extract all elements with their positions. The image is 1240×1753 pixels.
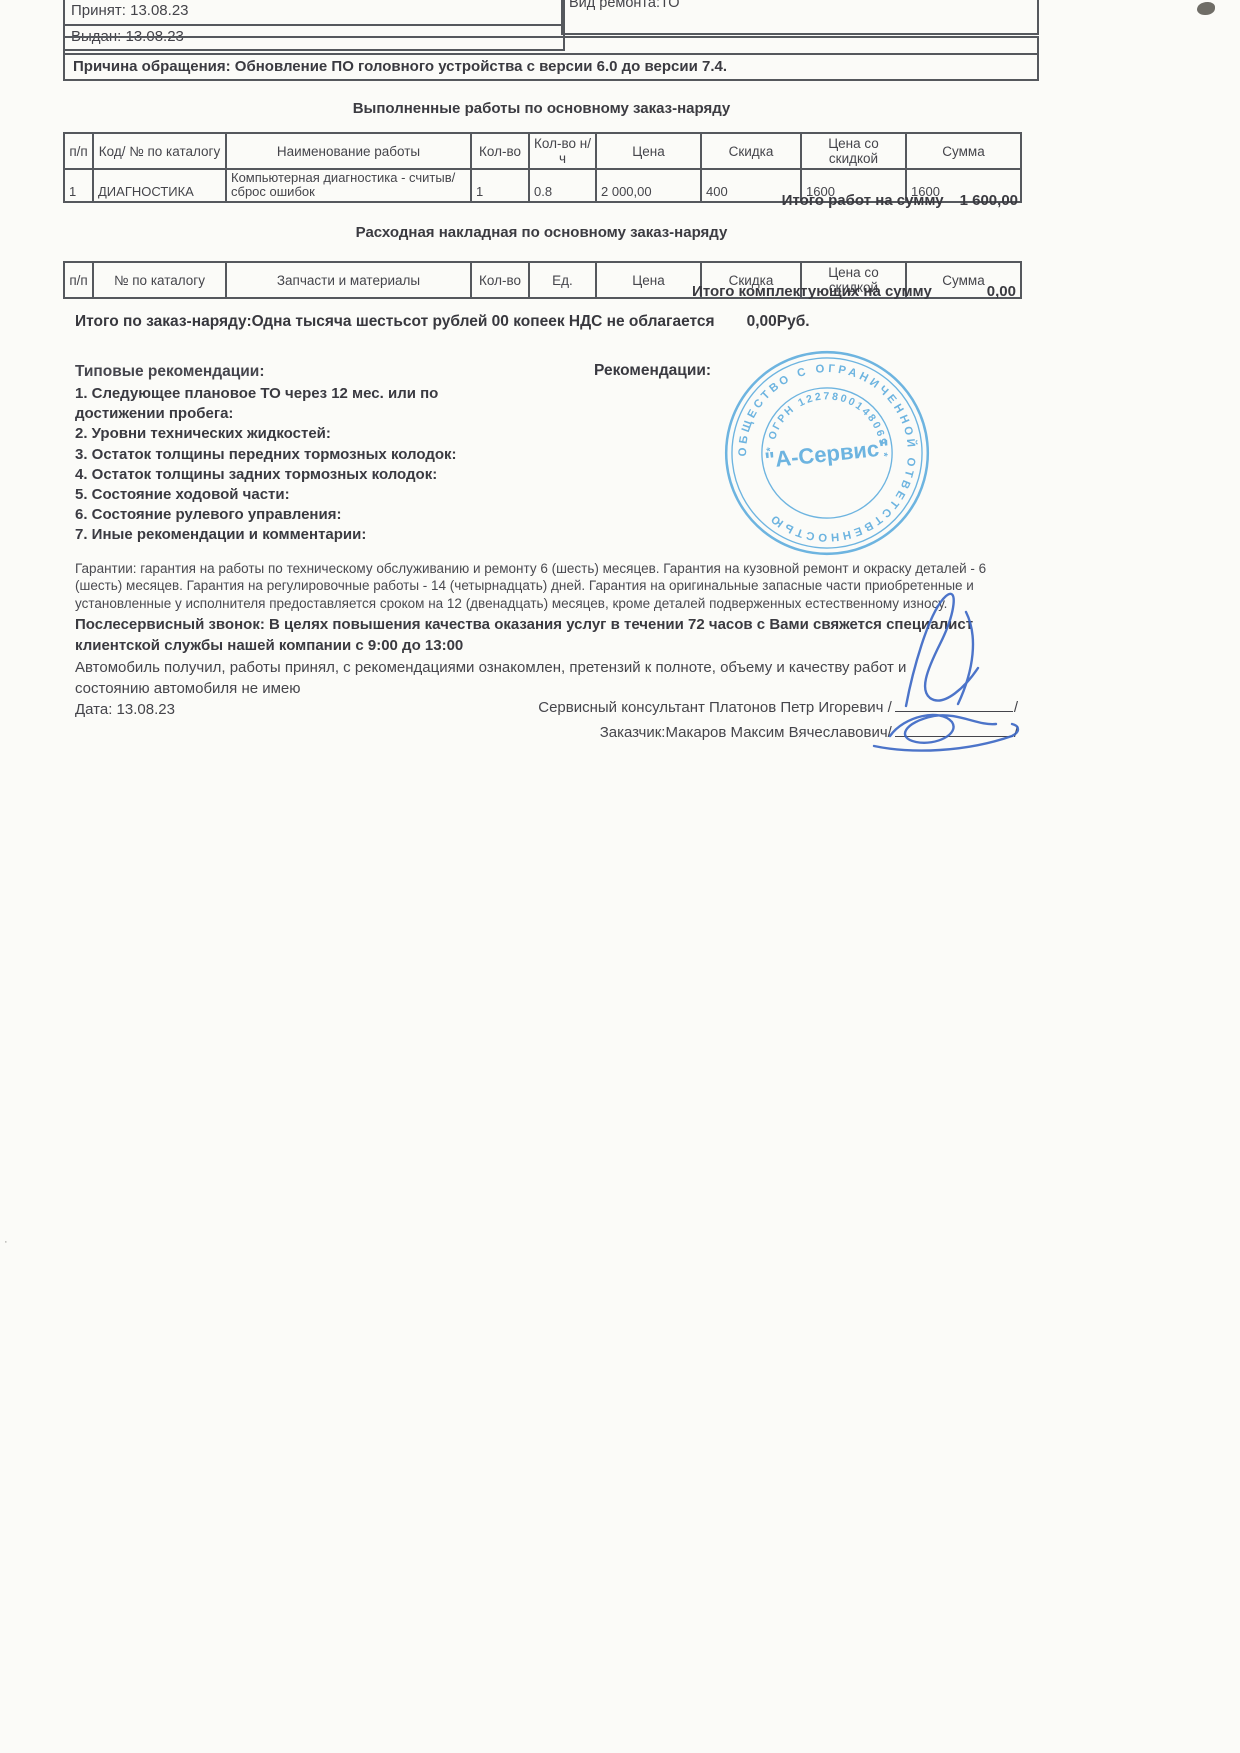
recommendation-item: 4. Остаток толщины задних тормозных коло… <box>75 465 507 485</box>
works-header-code: Код/ № по каталогу <box>93 133 226 169</box>
recommendations-title: Рекомендации: <box>594 362 711 380</box>
parts-total-label: Итого комплектующих на сумму <box>692 283 932 300</box>
repair-type-box: Вид ремонта:ТО <box>561 0 1039 35</box>
handwritten-signatures <box>848 578 1048 758</box>
works-header-qty: Кол-во <box>471 133 529 169</box>
works-header-hours: Кол-во н/ч <box>529 133 596 169</box>
works-header-name: Наименование работы <box>226 133 471 169</box>
recommendation-item: 6. Состояние рулевого управления: <box>75 505 507 525</box>
parts-header-num: п/п <box>64 262 93 298</box>
stamp-center-text: "А-Сервис" <box>764 435 891 473</box>
works-header-price: Цена <box>596 133 701 169</box>
received-date: Принят: 13.08.23 <box>65 0 563 26</box>
recommendation-item: 5. Состояние ходовой части: <box>75 485 507 505</box>
works-table-title: Выполненные работы по основному заказ-на… <box>63 100 1020 117</box>
works-cell-code: ДИАГНОСТИКА <box>93 169 226 202</box>
parts-total: Итого комплектующих на сумму0,00 <box>692 283 1016 300</box>
works-cell-num: 1 <box>64 169 93 202</box>
works-header-discount: Скидка <box>701 133 801 169</box>
parts-header-unit: Ед. <box>529 262 596 298</box>
recommendation-item: 3. Остаток толщины передних тормозных ко… <box>75 445 507 465</box>
works-cell-name: Компьютерная диагностика - считыв/сброс … <box>226 169 471 202</box>
works-header-discounted: Цена со скидкой <box>801 133 906 169</box>
works-total-label: Итого работ на сумму <box>782 192 944 209</box>
consultant-label: Сервисный консультант Платонов Петр Игор… <box>538 699 892 716</box>
parts-header-price: Цена <box>596 262 701 298</box>
recommendation-item: 2. Уровни технических жидкостей: <box>75 424 507 444</box>
order-total-value: 0,00Руб. <box>747 313 810 330</box>
works-cell-price: 2 000,00 <box>596 169 701 202</box>
parts-header-qty: Кол-во <box>471 262 529 298</box>
parts-header-catalog: № по каталогу <box>93 262 226 298</box>
date-line: Дата: 13.08.23 <box>75 701 175 718</box>
typical-recommendations: Типовые рекомендации: 1. Следующее плано… <box>75 362 507 546</box>
consultant-signature-stroke <box>906 594 978 706</box>
post-service-call-text: Послесервисный звонок: В целях повышения… <box>75 614 977 656</box>
scan-artifact-left-margin: · <box>4 1236 8 1248</box>
recommendation-item: 1. Следующее плановое ТО через 12 мес. и… <box>75 384 507 424</box>
reason-text: Причина обращения: Обновление ПО головно… <box>65 55 1037 78</box>
works-total: Итого работ на сумму1 600,00 <box>782 192 1018 209</box>
acceptance-text: Автомобиль получил, работы принял, с рек… <box>75 657 983 699</box>
works-header-row: п/п Код/ № по каталогу Наименование рабо… <box>64 133 1021 169</box>
order-total-line: Итого по заказ-наряду:Одна тысяча шестьс… <box>75 313 810 331</box>
parts-total-value: 0,00 <box>987 283 1016 300</box>
customer-signature-stroke <box>890 715 996 743</box>
parts-table-title: Расходная накладная по основному заказ-н… <box>63 224 1020 241</box>
repair-type-value: Вид ремонта:ТО <box>563 0 1037 14</box>
works-header-num: п/п <box>64 133 93 169</box>
order-total-label: Итого по заказ-наряду:Одна тысяча шестьс… <box>75 313 715 330</box>
works-total-value: 1 600,00 <box>960 192 1018 209</box>
typical-recommendations-title: Типовые рекомендации: <box>75 362 507 382</box>
company-stamp: ОБЩЕСТВО С ОГРАНИЧЕННОЙ ОТВЕТСТВЕННОСТЬЮ… <box>722 348 932 558</box>
scan-artifact-top-right <box>1197 2 1215 15</box>
works-header-sum: Сумма <box>906 133 1021 169</box>
document-page: Принят: 13.08.23 Выдан: 13.08.23 Вид рем… <box>0 0 1240 1753</box>
works-cell-qty: 1 <box>471 169 529 202</box>
parts-header-name: Запчасти и материалы <box>226 262 471 298</box>
works-cell-hours: 0.8 <box>529 169 596 202</box>
reason-box: Причина обращения: Обновление ПО головно… <box>63 53 1039 81</box>
recommendation-item: 7. Иные рекомендации и комментарии: <box>75 525 507 545</box>
